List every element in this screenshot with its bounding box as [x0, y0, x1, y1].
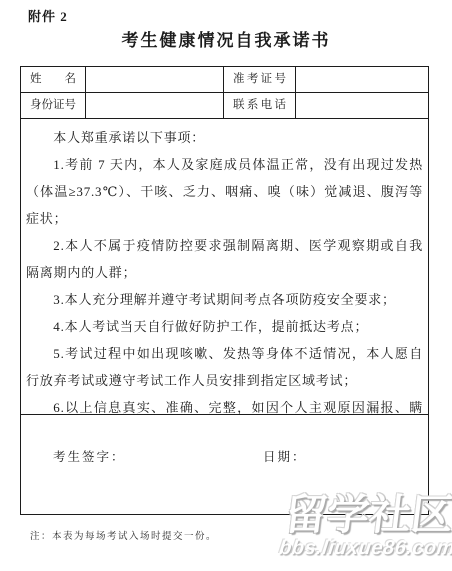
field-label-name: 姓名: [21, 67, 86, 92]
field-value-phone: [296, 93, 428, 118]
field-label-admission-number: 准考证号: [224, 67, 296, 92]
body-item-4: 4.本人考试当天自行做好防护工作，提前抵达考点；: [26, 313, 423, 340]
signature-row: 考生签字： 日期：: [21, 415, 428, 511]
body-intro: 本人郑重承诺以下事项：: [26, 124, 423, 151]
field-label-id-number: 身份证号: [21, 93, 86, 118]
body-item-5: 5.考试过程中如出现咳嗽、发热等身体不适情况，本人愿自行放弃考试或遵守考试工作人…: [26, 340, 423, 394]
field-value-admission-number: [296, 67, 428, 92]
document-page: 附件 2 考生健康情况自我承诺书 姓名 准考证号 身份证号 联系电话 本人郑重承…: [0, 0, 452, 571]
form-row-id: 身份证号 联系电话: [21, 93, 428, 119]
body-item-2: 2.本人不属于疫情防控要求强制隔离期、医学观察期或自我隔离期内的人群；: [26, 232, 423, 286]
field-label-phone: 联系电话: [224, 93, 296, 118]
watermark-url: bbs.liuxue86.com: [278, 538, 452, 558]
signature-label: 考生签字：: [53, 447, 126, 465]
date-label: 日期：: [263, 447, 307, 465]
attachment-label: 附件 2: [28, 6, 68, 25]
body-item-3: 3.本人充分理解并遵守考试期间考点各项防疫安全要求；: [26, 286, 423, 313]
commitment-body: 本人郑重承诺以下事项： 1.考前 7 天内，本人及家庭成员体温正常，没有出现过发…: [21, 119, 428, 415]
commitment-form: 姓名 准考证号 身份证号 联系电话 本人郑重承诺以下事项： 1.考前 7 天内，…: [20, 66, 429, 515]
form-row-name: 姓名 准考证号: [21, 67, 428, 93]
body-item-6: 6.以上信息真实、准确、完整，如因个人主观原因漏报、瞒报、虚报造成相关后果，本人…: [26, 394, 423, 415]
field-value-id-number: [86, 93, 224, 118]
page-title: 考生健康情况自我承诺书: [0, 26, 452, 51]
field-value-name: [86, 67, 224, 92]
footnote: 注：本表为每场考试入场时提交一份。: [30, 528, 217, 542]
body-item-1: 1.考前 7 天内，本人及家庭成员体温正常，没有出现过发热（体温≥37.3℃）、…: [26, 151, 423, 232]
